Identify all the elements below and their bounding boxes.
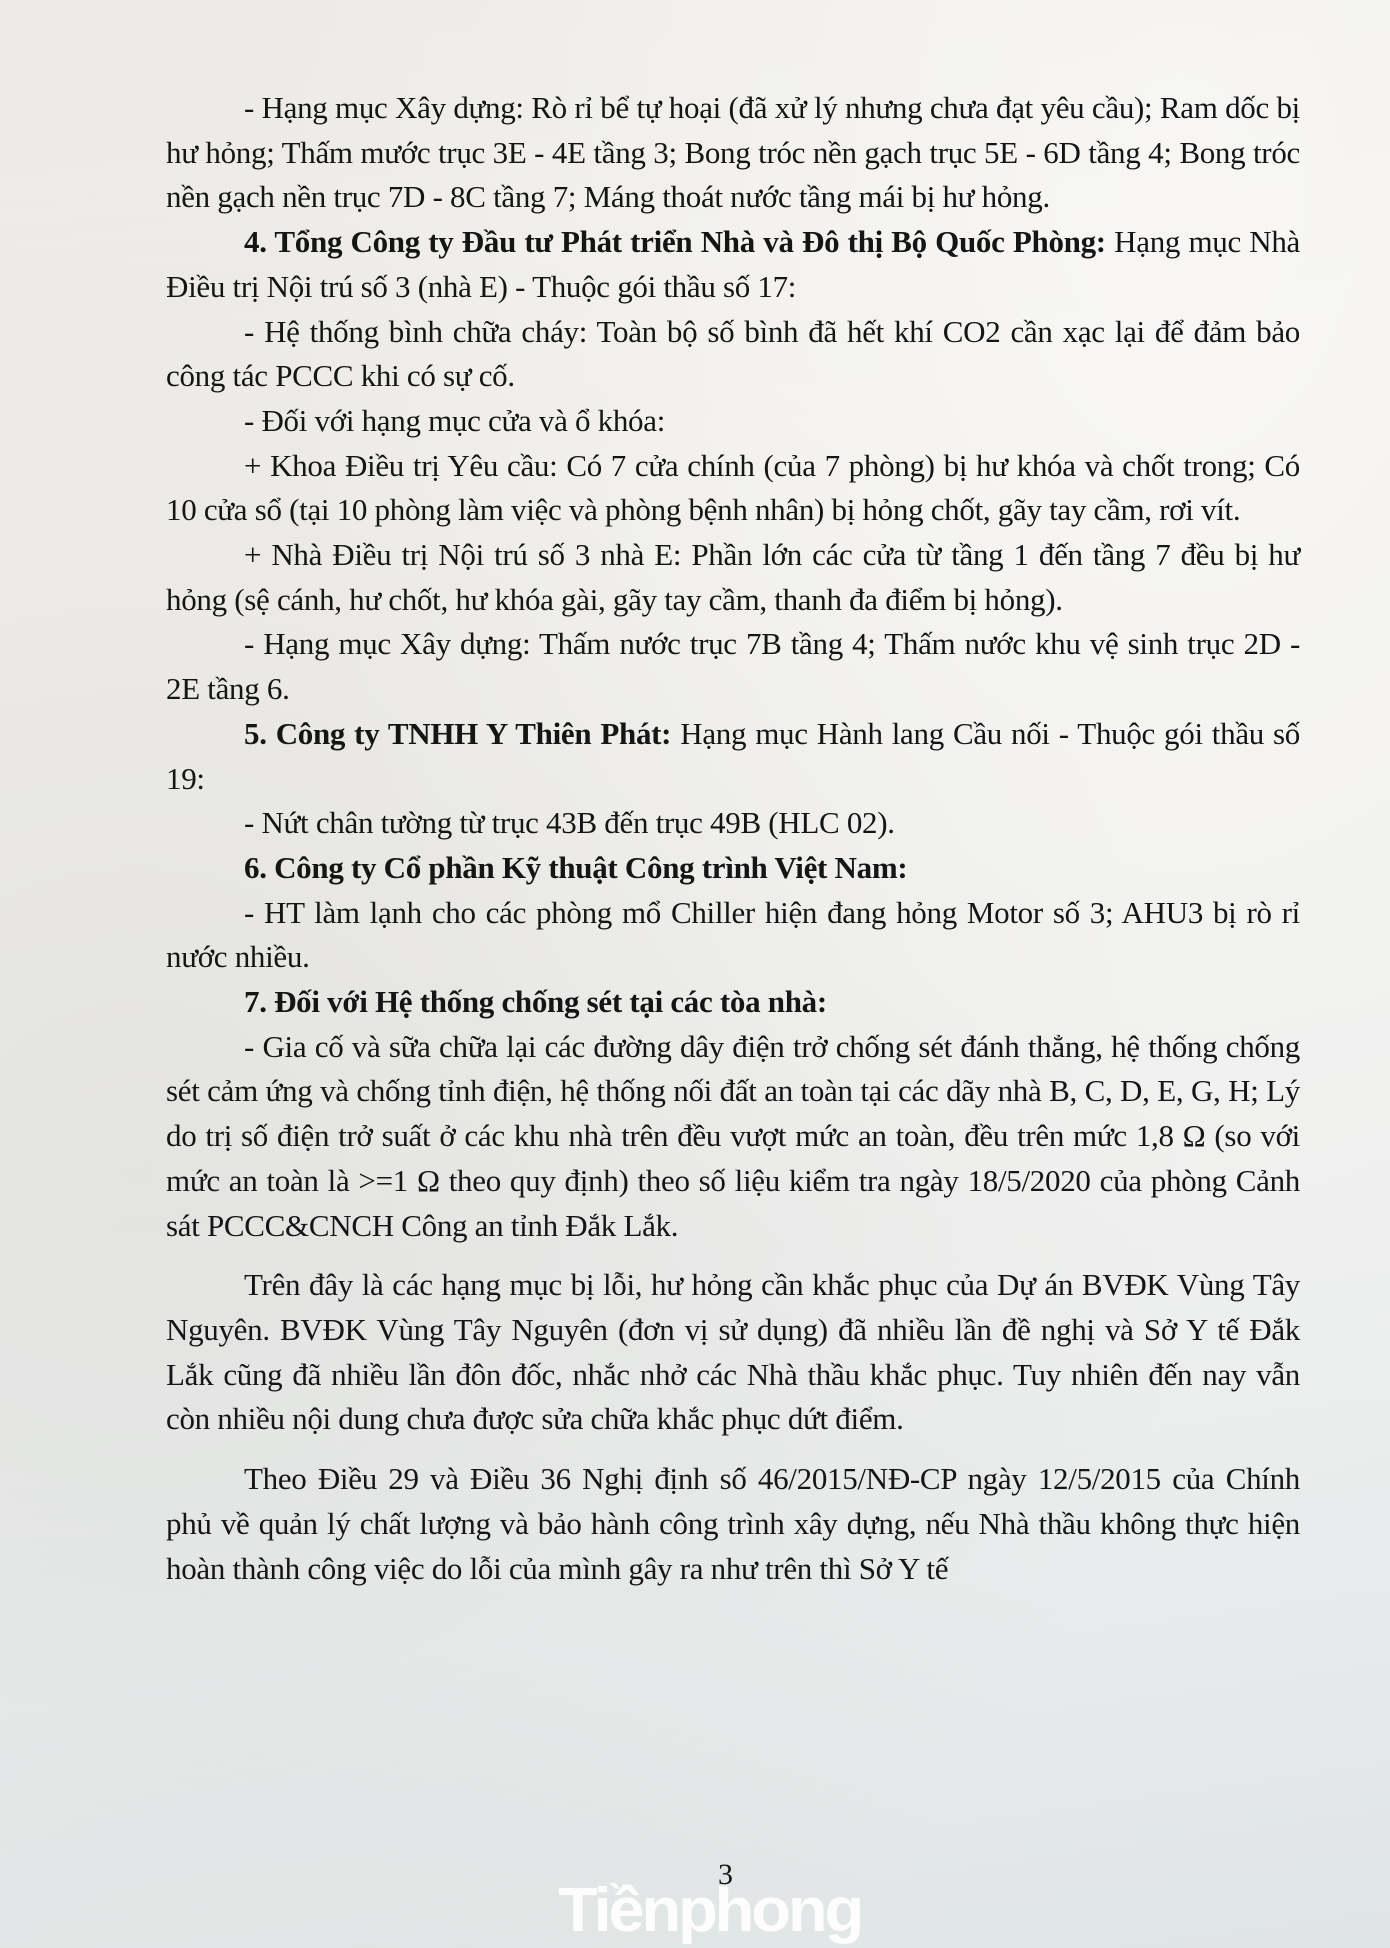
paragraph-text: - HT làm lạnh cho các phòng mổ Chiller h…: [166, 895, 1300, 975]
section-7-heading: 7. Đối với Hệ thống chống sét tại các tò…: [166, 980, 1300, 1025]
paragraph-text: Trên đây là các hạng mục bị lỗi, hư hỏng…: [166, 1267, 1300, 1436]
paragraph-lightning-protection: - Gia cố và sữa chữa lại các đường dây đ…: [166, 1025, 1300, 1249]
paragraph-wall-crack: - Nứt chân tường từ trục 43B đến trục 49…: [166, 801, 1300, 846]
paragraph-text: + Nhà Điều trị Nội trú số 3 nhà E: Phần …: [166, 537, 1300, 617]
section-5-title: 5. Công ty TNHH Y Thiên Phát:: [244, 716, 671, 751]
paragraph-text: - Hạng mục Xây dựng: Thấm nước trục 7B t…: [166, 626, 1300, 706]
paragraph-text: - Gia cố và sữa chữa lại các đường dây đ…: [166, 1029, 1300, 1243]
paragraph-text: - Hệ thống bình chữa cháy: Toàn bộ số bì…: [166, 314, 1300, 394]
paragraph-construction-items-1: - Hạng mục Xây dựng: Rò rỉ bể tự hoại (đ…: [166, 86, 1300, 220]
paragraph-fire-extinguishers: - Hệ thống bình chữa cháy: Toàn bộ số bì…: [166, 310, 1300, 399]
paragraph-doors-locks: - Đối với hạng mục cửa và ổ khóa:: [166, 399, 1300, 444]
publisher-watermark-logo: Tiềnphong: [558, 1880, 861, 1942]
paragraph-legal-basis: Theo Điều 29 và Điều 36 Nghị định số 46/…: [166, 1457, 1300, 1591]
paragraph-chiller: - HT làm lạnh cho các phòng mổ Chiller h…: [166, 891, 1300, 980]
paragraph-summary: Trên đây là các hạng mục bị lỗi, hư hỏng…: [166, 1263, 1300, 1442]
paragraph-text: - Đối với hạng mục cửa và ổ khóa:: [244, 403, 665, 438]
section-6-heading: 6. Công ty Cổ phần Kỹ thuật Công trình V…: [166, 846, 1300, 891]
section-4-heading: 4. Tổng Công ty Đầu tư Phát triển Nhà và…: [166, 220, 1300, 309]
paragraph-construction-items-2: - Hạng mục Xây dựng: Thấm nước trục 7B t…: [166, 622, 1300, 711]
section-7-title: 7. Đối với Hệ thống chống sét tại các tò…: [244, 984, 827, 1019]
paragraph-inpatient-building: + Nhà Điều trị Nội trú số 3 nhà E: Phần …: [166, 533, 1300, 622]
section-5-heading: 5. Công ty TNHH Y Thiên Phát: Hạng mục H…: [166, 712, 1300, 801]
paragraph-text: Theo Điều 29 và Điều 36 Nghị định số 46/…: [166, 1461, 1300, 1585]
paragraph-text: - Hạng mục Xây dựng: Rò rỉ bể tự hoại (đ…: [166, 90, 1300, 214]
paragraph-text: - Nứt chân tường từ trục 43B đến trục 49…: [244, 805, 895, 840]
paragraph-treatment-dept: + Khoa Điều trị Yêu cầu: Có 7 cửa chính …: [166, 444, 1300, 533]
document-body: - Hạng mục Xây dựng: Rò rỉ bể tự hoại (đ…: [166, 86, 1300, 1591]
section-6-title: 6. Công ty Cổ phần Kỹ thuật Công trình V…: [244, 850, 907, 885]
paragraph-text: + Khoa Điều trị Yêu cầu: Có 7 cửa chính …: [166, 448, 1300, 528]
section-4-title: 4. Tổng Công ty Đầu tư Phát triển Nhà và…: [244, 224, 1106, 259]
